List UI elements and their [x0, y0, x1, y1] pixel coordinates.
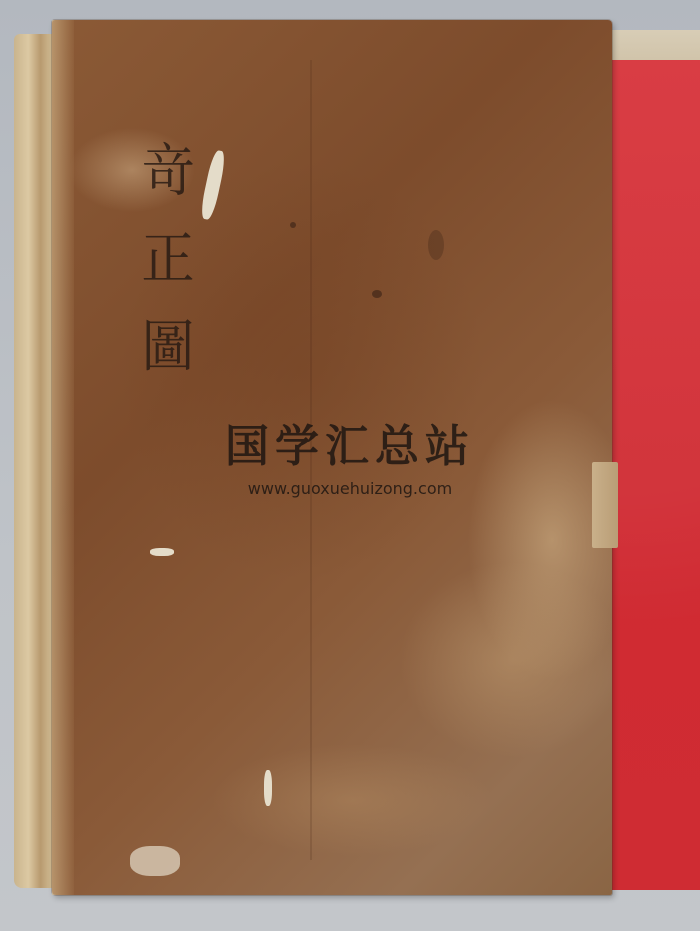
tear-mark — [130, 846, 180, 876]
paper-tab — [592, 462, 618, 548]
ink-spot — [372, 290, 382, 298]
ink-spot — [290, 222, 296, 228]
title-char: 正 — [141, 216, 194, 304]
ink-spot — [428, 230, 444, 260]
watermark-url: www.guoxuehuizong.com — [200, 478, 500, 500]
spine-band — [52, 20, 74, 895]
tear-mark — [150, 548, 174, 556]
title-char: 竒 — [141, 128, 194, 216]
cover-title: 竒 正 圖 — [128, 128, 208, 392]
watermark: 国学汇总站 www.guoxuehuizong.com — [200, 418, 500, 500]
title-char: 圖 — [141, 304, 194, 392]
tear-mark — [264, 770, 272, 806]
watermark-text: 国学汇总站 — [200, 418, 500, 476]
